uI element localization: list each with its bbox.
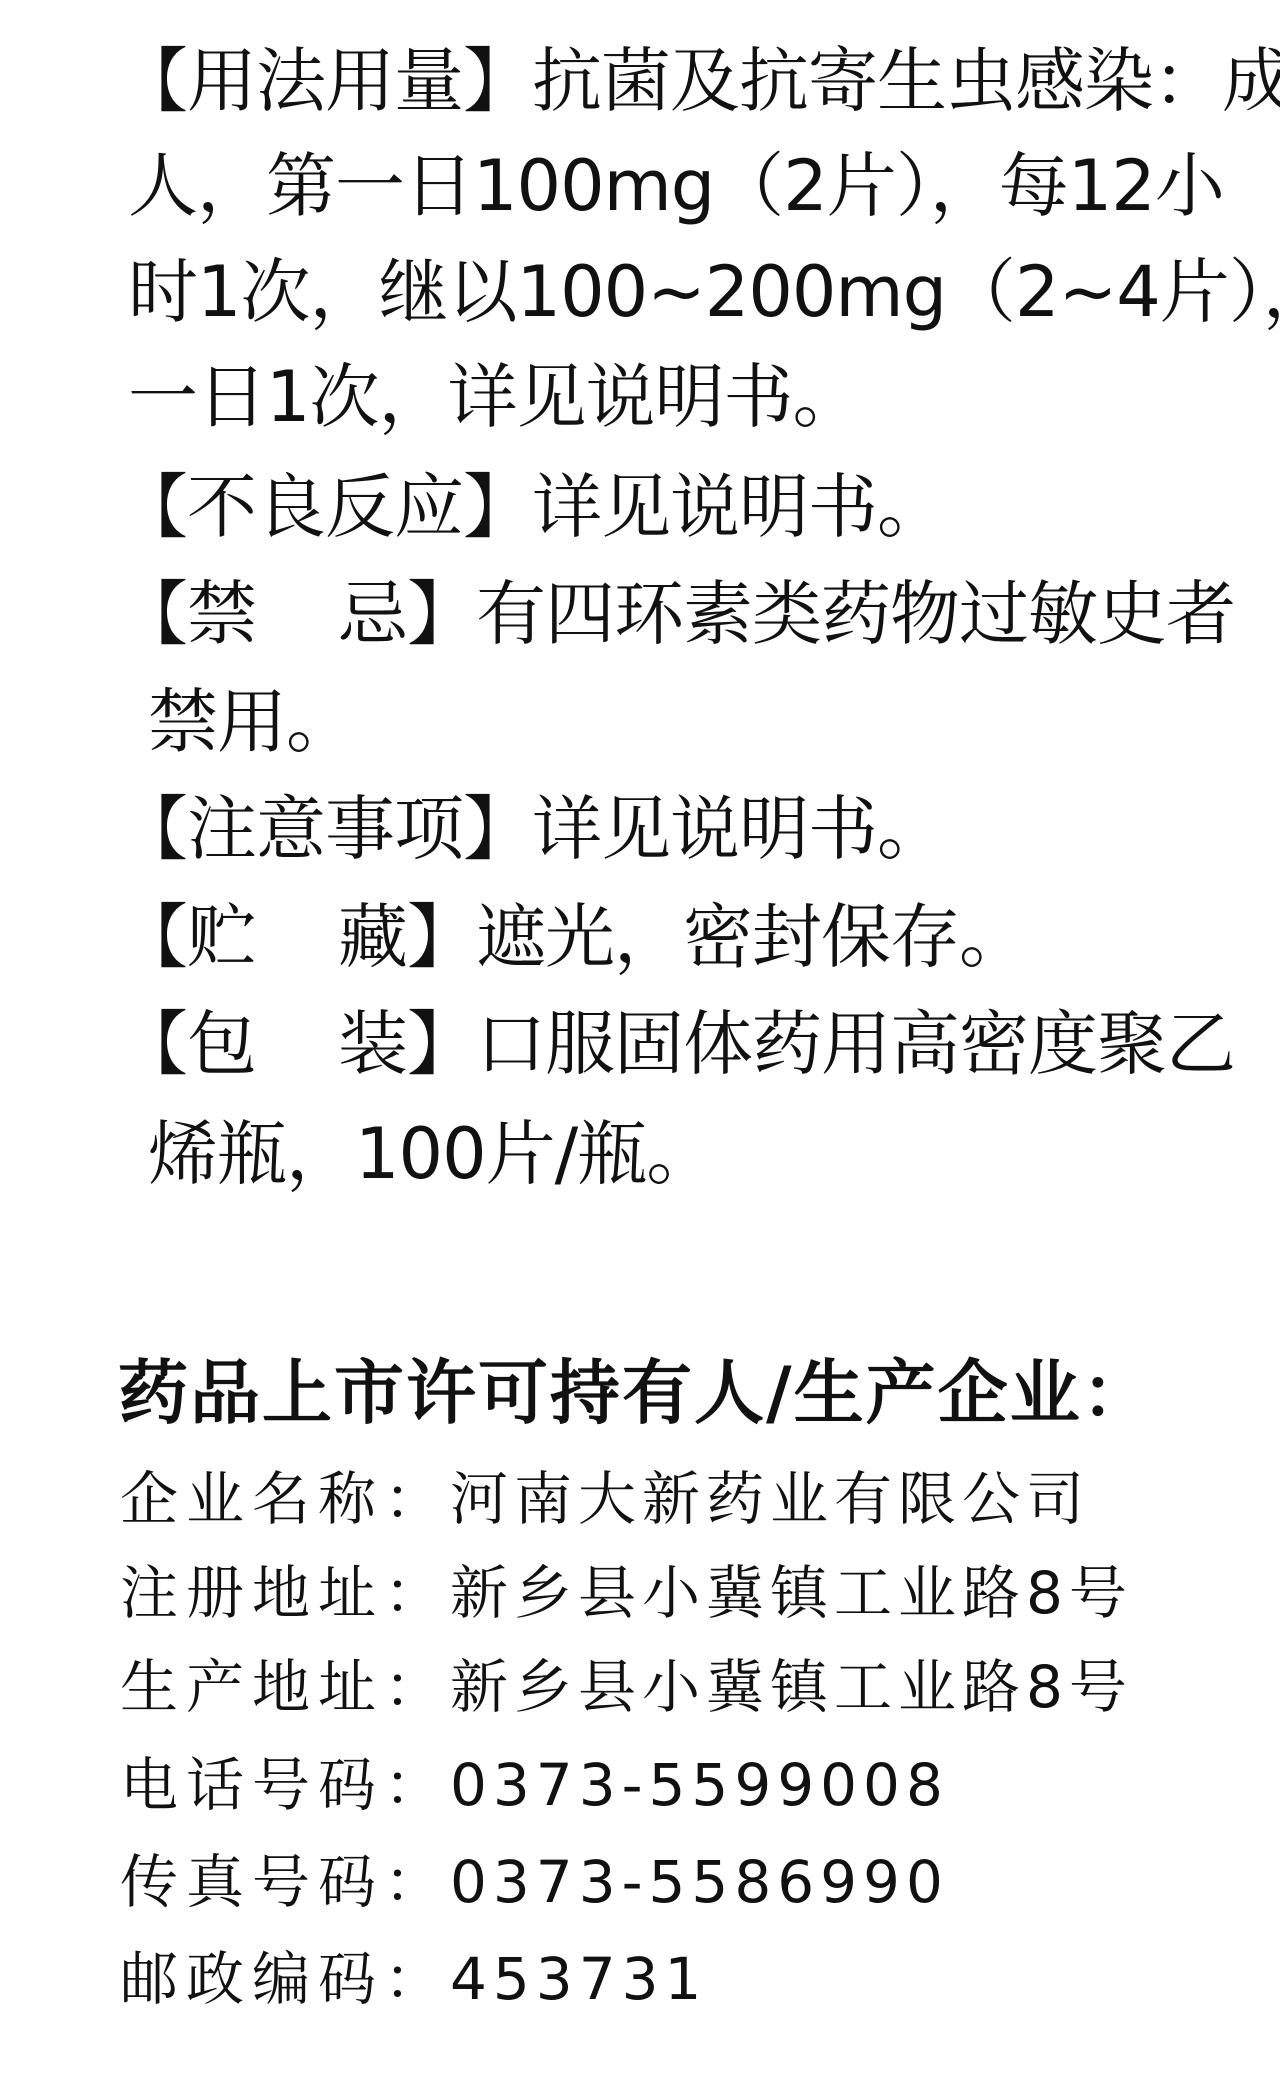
registered-address-label: 注册地址： bbox=[120, 1564, 450, 1622]
storage-label-open: 【贮 bbox=[118, 902, 256, 972]
usage-label: 【用法用量】 bbox=[118, 40, 532, 122]
holder-field-production-address: 生产地址： 新乡县小冀镇工业路8号 bbox=[120, 1658, 1270, 1728]
holder-heading: 药品上市许可持有人/生产企业： bbox=[118, 1358, 1154, 1428]
holder-field-phone: 电话号码： 0373-5599008 bbox=[120, 1756, 1270, 1826]
packaging-label-open: 【包 bbox=[118, 1009, 256, 1079]
usage-text-1: 抗菌及抗寄生虫感染：成 bbox=[532, 40, 1280, 122]
usage-line-3: 时1次，继以100~200mg（2~4片）， bbox=[128, 257, 1280, 327]
packaging-line-1: 【包 装】 口服固体药用高密度聚乙 bbox=[118, 1009, 1278, 1089]
precautions-line: 【注意事项】详见说明书。 bbox=[118, 794, 946, 864]
holder-field-fax: 传真号码： 0373-5586990 bbox=[120, 1853, 1270, 1923]
packaging-line-2: 烯瓶，100片/瓶。 bbox=[148, 1119, 715, 1189]
contraindications-label-open: 【禁 bbox=[118, 579, 256, 649]
adverse-value: 详见说明书。 bbox=[532, 466, 946, 548]
usage-text-2: 人，第一日100mg（2片），每12小 bbox=[128, 145, 1224, 227]
holder-field-registered-address: 注册地址： 新乡县小冀镇工业路8号 bbox=[120, 1564, 1270, 1634]
precautions-value: 详见说明书。 bbox=[532, 788, 946, 870]
usage-line-2: 人，第一日100mg（2片），每12小 bbox=[128, 151, 1224, 221]
postal-code-label: 邮政编码： bbox=[120, 1950, 450, 2008]
precautions-label: 【注意事项】 bbox=[118, 788, 532, 870]
fax-value: 0373-5586990 bbox=[450, 1853, 949, 1911]
usage-line-1: 【用法用量】抗菌及抗寄生虫感染：成 bbox=[118, 46, 1280, 116]
contraindications-label-close: 忌】 bbox=[338, 579, 476, 649]
contraindications-text-1: 有四环素类药物过敏史者 bbox=[476, 579, 1235, 649]
packaging-text-1: 口服固体药用高密度聚乙 bbox=[476, 1009, 1235, 1079]
company-name-value: 河南大新药业有限公司 bbox=[450, 1470, 1090, 1528]
holder-field-company-name: 企业名称： 河南大新药业有限公司 bbox=[120, 1470, 1270, 1540]
phone-value: 0373-5599008 bbox=[450, 1756, 949, 1814]
fax-label: 传真号码： bbox=[120, 1853, 450, 1911]
contraindications-line-2: 禁用。 bbox=[148, 687, 355, 757]
adverse-reactions-line: 【不良反应】详见说明书。 bbox=[118, 472, 946, 542]
storage-line: 【贮 藏】 遮光，密封保存。 bbox=[118, 902, 1278, 982]
storage-label-close: 藏】 bbox=[338, 902, 476, 972]
adverse-label: 【不良反应】 bbox=[118, 466, 532, 548]
usage-line-4: 一日1次，详见说明书。 bbox=[128, 362, 862, 432]
holder-field-postal-code: 邮政编码： 453731 bbox=[120, 1950, 1270, 2020]
phone-label: 电话号码： bbox=[120, 1756, 450, 1814]
usage-text-4: 一日1次，详见说明书。 bbox=[128, 356, 862, 438]
postal-code-value: 453731 bbox=[450, 1950, 707, 2008]
packaging-label-close: 装】 bbox=[338, 1009, 476, 1079]
contraindications-text-2: 禁用。 bbox=[148, 681, 355, 763]
contraindications-line-1: 【禁 忌】 有四环素类药物过敏史者 bbox=[118, 579, 1278, 659]
production-address-value: 新乡县小冀镇工业路8号 bbox=[450, 1658, 1133, 1716]
packaging-text-2: 烯瓶，100片/瓶。 bbox=[148, 1113, 715, 1195]
usage-text-3: 时1次，继以100~200mg（2~4片）， bbox=[128, 251, 1280, 333]
company-name-label: 企业名称： bbox=[120, 1470, 450, 1528]
registered-address-value: 新乡县小冀镇工业路8号 bbox=[450, 1564, 1133, 1622]
storage-value: 遮光，密封保存。 bbox=[476, 902, 1028, 972]
production-address-label: 生产地址： bbox=[120, 1658, 450, 1716]
